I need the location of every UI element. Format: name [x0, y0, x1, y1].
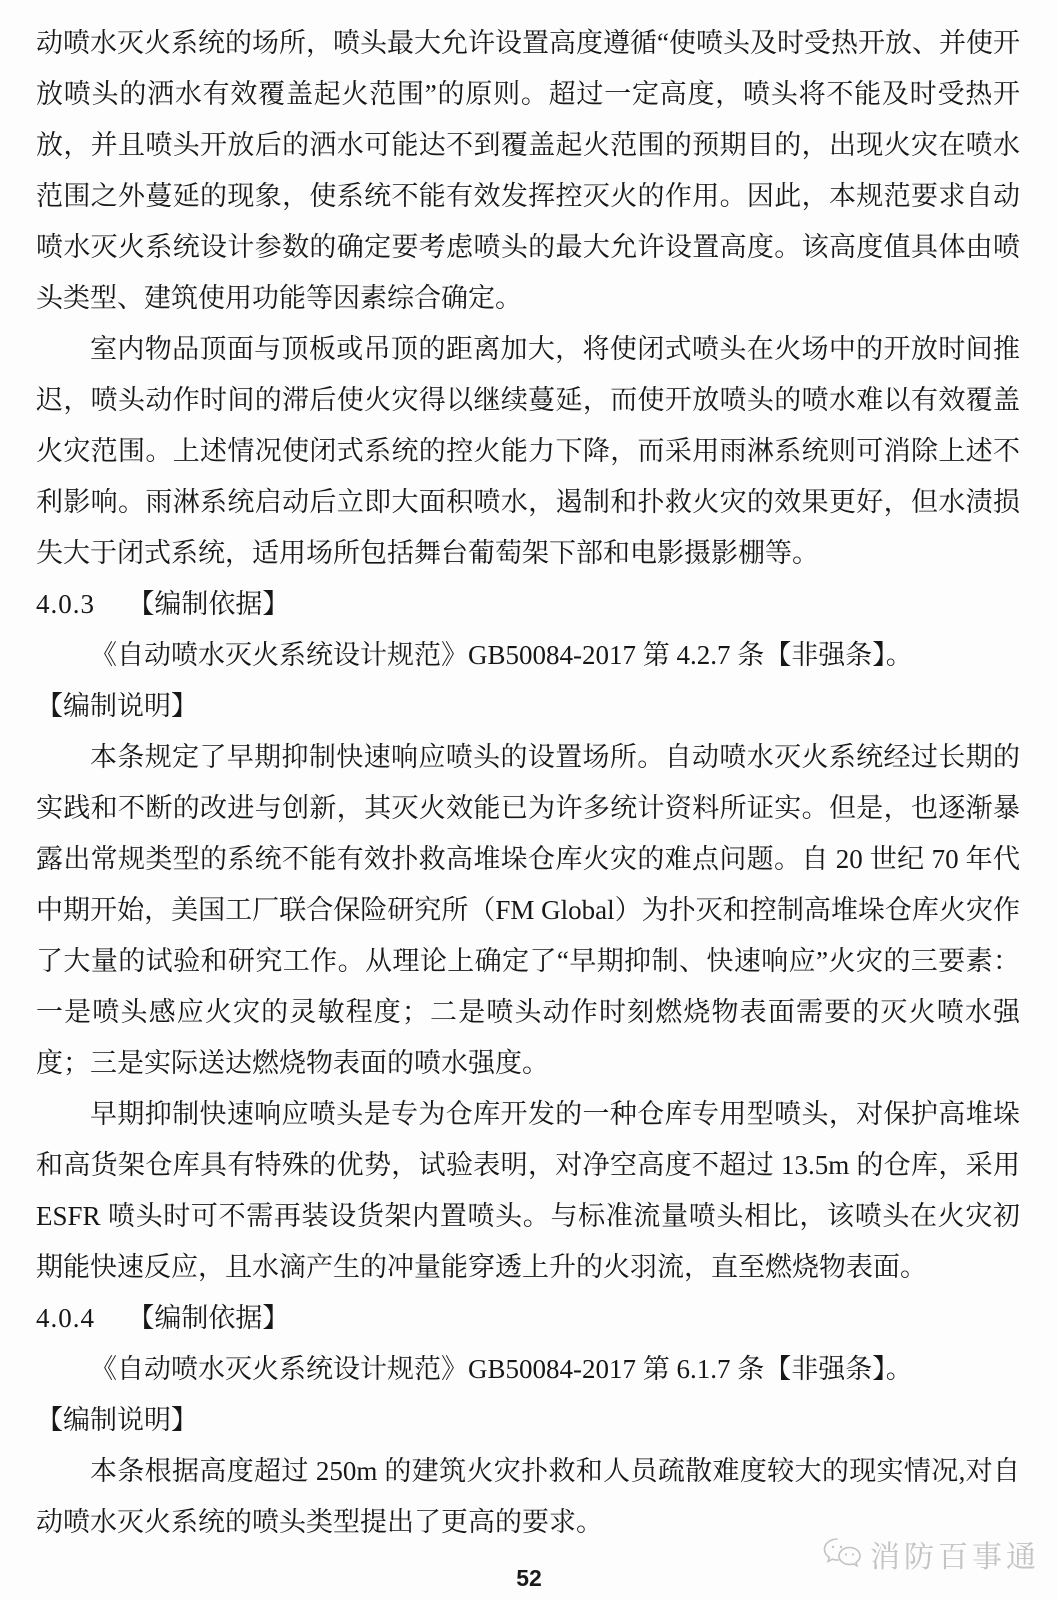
- section-number: 4.0.4: [36, 1293, 95, 1344]
- subsection-heading: 【编制说明】: [36, 681, 1020, 732]
- document-page: 动喷水灭火系统的场所，喷头最大允许设置高度遵循“使喷头及时受热开放、并使开放喷头…: [0, 0, 1058, 1600]
- subsection-heading: 【编制说明】: [36, 1395, 1020, 1446]
- section-heading: 4.0.4【编制依据】: [36, 1293, 1020, 1344]
- section-heading-label: 【编制依据】: [127, 1303, 289, 1333]
- paragraph: 动喷水灭火系统的场所，喷头最大允许设置高度遵循“使喷头及时受热开放、并使开放喷头…: [36, 18, 1020, 324]
- section-heading-label: 【编制依据】: [127, 589, 289, 619]
- paragraph: 早期抑制快速响应喷头是专为仓库开发的一种仓库专用型喷头，对保护高堆垛和高货架仓库…: [36, 1089, 1020, 1293]
- document-body: 动喷水灭火系统的场所，喷头最大允许设置高度遵循“使喷头及时受热开放、并使开放喷头…: [36, 18, 1020, 1548]
- paragraph: 本条规定了早期抑制快速响应喷头的设置场所。自动喷水灭火系统经过长期的实践和不断的…: [36, 732, 1020, 1089]
- paragraph: 《自动喷水灭火系统设计规范》GB50084-2017 第 4.2.7 条【非强条…: [36, 630, 1020, 681]
- section-number: 4.0.3: [36, 579, 95, 630]
- section-heading: 4.0.3【编制依据】: [36, 579, 1020, 630]
- page-number: 52: [0, 1565, 1058, 1592]
- paragraph: 《自动喷水灭火系统设计规范》GB50084-2017 第 6.1.7 条【非强条…: [36, 1344, 1020, 1395]
- paragraph: 室内物品顶面与顶板或吊顶的距离加大，将使闭式喷头在火场中的开放时间推迟，喷头动作…: [36, 324, 1020, 579]
